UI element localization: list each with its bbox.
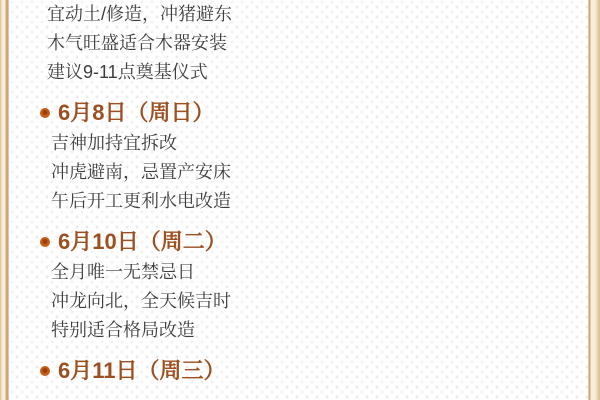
section-jun-11: 6月11日（周三）: [40, 355, 580, 387]
date-heading-label: 6月11日（周三）: [58, 355, 226, 387]
bullet-icon: [40, 237, 50, 247]
bullet-icon: [40, 366, 50, 376]
detail-line: 全月唯一无禁忌日: [51, 258, 580, 287]
detail-line: 木气旺盛适合木器安装: [47, 29, 580, 58]
date-heading-jun-11: 6月11日（周三）: [40, 355, 580, 387]
almanac-page: 宜动土/修造，冲猪避东 木气旺盛适合木器安装 建议9-11点奠基仪式 6月8日（…: [0, 0, 600, 400]
right-border-decoration: [588, 0, 600, 400]
almanac-content: 宜动土/修造，冲猪避东 木气旺盛适合木器安装 建议9-11点奠基仪式 6月8日（…: [0, 0, 600, 387]
date-heading-label: 6月8日（周日）: [58, 97, 214, 129]
date-heading-label: 6月10日（周二）: [58, 226, 227, 258]
section-jun-8: 6月8日（周日） 吉神加持宜拆改 冲虎避南，忌置产安床 午后开工更利水电改造: [40, 97, 580, 216]
detail-line: 冲虎避南，忌置产安床: [51, 158, 580, 187]
date-heading-jun-8: 6月8日（周日）: [40, 97, 580, 129]
detail-line: 午后开工更利水电改造: [51, 187, 580, 216]
bullet-icon: [40, 108, 50, 118]
date-heading-jun-10: 6月10日（周二）: [40, 226, 580, 258]
section-jun-10: 6月10日（周二） 全月唯一无禁忌日 冲龙向北，全天候吉时 特别适合格局改造: [40, 226, 580, 345]
detail-line: 特别适合格局改造: [51, 316, 580, 345]
detail-line: 宜动土/修造，冲猪避东: [47, 0, 580, 29]
detail-line: 建议9-11点奠基仪式: [47, 58, 580, 87]
detail-line: 吉神加持宜拆改: [51, 129, 580, 158]
section-partial-top: 宜动土/修造，冲猪避东 木气旺盛适合木器安装 建议9-11点奠基仪式: [40, 0, 580, 87]
left-border-decoration: [0, 0, 9, 400]
detail-line: 冲龙向北，全天候吉时: [51, 287, 580, 316]
